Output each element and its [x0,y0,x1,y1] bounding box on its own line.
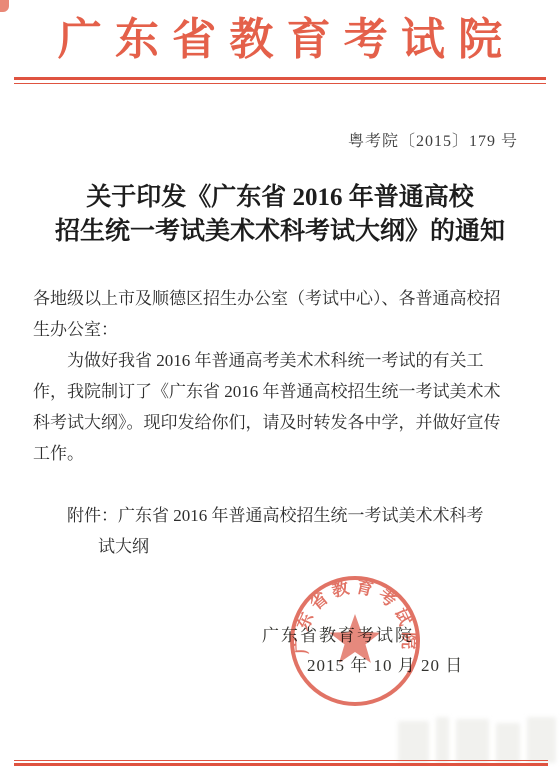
attachment-line: 附件：广东省 2016 年普通高校招生统一考试美术术科考 [33,500,530,531]
watermark-glyph [527,717,556,763]
watermark-glyph [456,719,489,763]
attachment-note: 附件：广东省 2016 年普通高校招生统一考试美术术科考 试大纲 [33,500,530,562]
notice-body: 各地级以上市及顺德区招生办公室（考试中心）、各普通高校招 生办公室： 为做好我省… [33,283,530,562]
body-line: 为做好我省 2016 年普通高考美术术科统一考试的有关工 [33,345,530,376]
notice-title: 关于印发《广东省 2016 年普通高校 招生统一考试美术术科考试大纲》的通知 [0,181,560,249]
document-page: 广东省教育考试院 粤考院〔2015〕179 号 关于印发《广东省 2016 年普… [0,0,560,773]
notice-title-line1: 关于印发《广东省 2016 年普通高校 [0,181,560,215]
letterhead-agency-title: 广东省教育考试院 [0,0,560,70]
letterhead-divider [14,77,546,84]
salutation-line: 生办公室： [33,314,530,345]
body-line: 工作。 [33,438,530,469]
watermark-glyph [496,723,520,763]
footer-divider [14,760,548,766]
official-seal-stamp: 广东省教育考试院 [270,556,440,726]
document-number: 粤考院〔2015〕179 号 [0,128,560,151]
seal-star-icon [329,614,380,663]
salutation-line: 各地级以上市及顺德区招生办公室（考试中心）、各普通高校招 [33,283,530,314]
body-line: 作，我院制订了《广东省 2016 年普通高校招生统一考试美术术 [33,376,530,407]
watermark-glyph [398,721,429,763]
notice-title-line2: 招生统一考试美术术科考试大纲》的通知 [0,215,560,249]
body-line: 科考试大纲》。现印发给你们，请及时转发各中学，并做好宣传 [33,407,530,438]
